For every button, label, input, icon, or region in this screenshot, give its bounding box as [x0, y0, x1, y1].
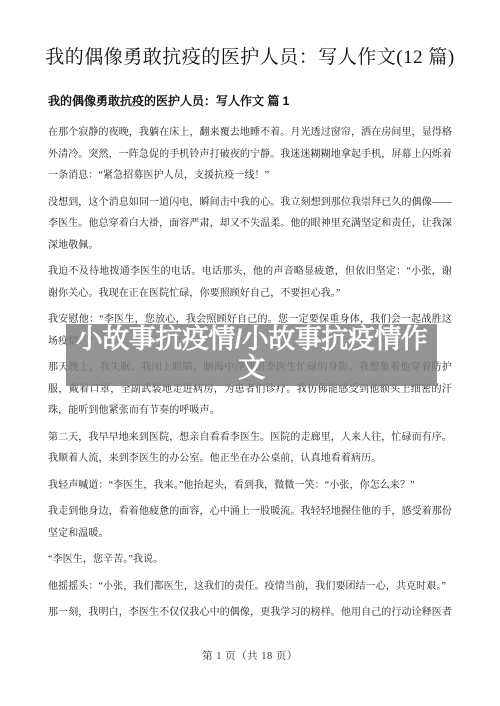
section-heading: 我的偶像勇敢抗疫的医护人员：写人作文 篇 1	[48, 94, 452, 109]
watermark-text: 小故事抗疫情/小故事抗疫情作文	[66, 324, 437, 383]
essay-paragraph: 在那个寂静的夜晚，我躺在床上，翻来覆去地睡不着。月光透过窗帘，洒在房间里，显得格…	[48, 122, 452, 187]
essay-paragraph: 他摇摇头：“小张，我们都医生，这我们的责任。疫情当前，我们要团结一心，共克时艰。…	[48, 576, 452, 598]
essay-paragraph: 我迫不及待地拨通李医生的电话。电话那头，他的声音略显疲惫，但依旧坚定：“小张，谢…	[48, 261, 452, 304]
document-page: 我的偶像勇敢抗疫的医护人员：写人作文(12 篇) 我的偶像勇敢抗疫的医护人员：写…	[0, 0, 500, 706]
essay-paragraph: 那一刻，我明白，李医生不仅仅我心中的偶像，更我学习的榜样。他用自己的行动诠释医者	[48, 602, 452, 624]
essay-paragraph: 没想到，这个消息如同一道闪电，瞬间击中我的心。我立刻想到那位我崇拜已久的偶像——…	[48, 192, 452, 257]
essay-paragraph: 我轻声喊道：“李医生，我来。”他抬起头，看到我，微微一笑：“小张，你怎么来？”	[48, 475, 452, 497]
page-number-footer: 第 1 页（共 18 页）	[0, 648, 500, 663]
essay-paragraph: “李医生，您辛苦。”我说。	[48, 549, 452, 571]
page-title: 我的偶像勇敢抗疫的医护人员：写人作文(12 篇)	[28, 46, 472, 70]
essay-paragraph: 我走到他身边，看着他疲惫的面容，心中涌上一股暖流。我轻轻地握住他的手，感受着那份…	[48, 501, 452, 544]
essay-paragraph: 第二天，我早早地来到医院，想亲自看看李医生。医院的走廊里，人来人往，忙碌而有序。…	[48, 427, 452, 470]
watermark-overlay: 小故事抗疫情/小故事抗疫情作文	[66, 324, 437, 386]
